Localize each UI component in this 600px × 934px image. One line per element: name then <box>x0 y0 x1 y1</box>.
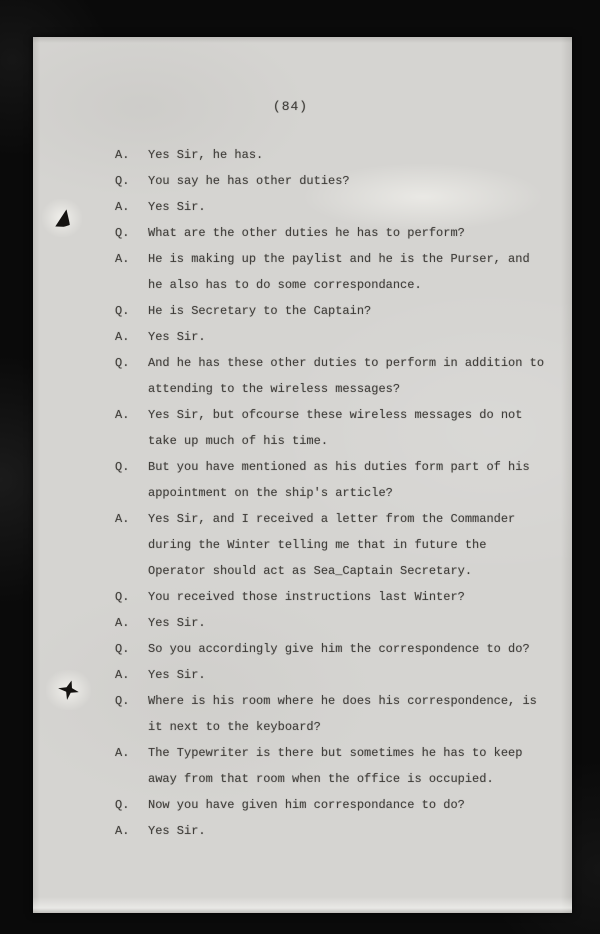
qa-line-text: away from that room when the office is o… <box>148 766 562 792</box>
qa-speaker-label <box>115 272 148 298</box>
qa-row: attending to the wireless messages? <box>115 376 562 402</box>
ink-blot-star-mark <box>58 680 79 700</box>
qa-speaker-label <box>115 480 148 506</box>
qa-row: Q. You say he has other duties? <box>115 168 562 194</box>
qa-row: he also has to do some correspondance. <box>115 272 562 298</box>
qa-line-text: So you accordingly give him the correspo… <box>148 636 562 662</box>
page-number: (84) <box>33 99 548 114</box>
qa-line-text: You say he has other duties? <box>148 168 562 194</box>
qa-row: Q. Now you have given him correspondance… <box>115 792 562 818</box>
qa-line-text: Yes Sir. <box>148 194 562 220</box>
qa-row: Q. What are the other duties he has to p… <box>115 220 562 246</box>
qa-row: A. Yes Sir, and I received a letter from… <box>115 506 562 532</box>
qa-line-text: attending to the wireless messages? <box>148 376 562 402</box>
qa-speaker-label: Q. <box>115 792 148 818</box>
qa-line-text: You received those instructions last Win… <box>148 584 562 610</box>
qa-speaker-label: Q. <box>115 168 148 194</box>
qa-speaker-label: Q. <box>115 454 148 480</box>
qa-row: take up much of his time. <box>115 428 562 454</box>
qa-speaker-label <box>115 766 148 792</box>
qa-speaker-label: Q. <box>115 584 148 610</box>
qa-row: Q. So you accordingly give him the corre… <box>115 636 562 662</box>
qa-speaker-label: A. <box>115 506 148 532</box>
qa-speaker-label <box>115 714 148 740</box>
qa-speaker-label: A. <box>115 740 148 766</box>
qa-line-text: Where is his room where he does his corr… <box>148 688 562 714</box>
qa-line-text: Yes Sir, he has. <box>148 142 562 168</box>
qa-speaker-label: A. <box>115 246 148 272</box>
qa-transcript: A. Yes Sir, he has. Q. You say he has ot… <box>115 142 562 844</box>
qa-line-text: Operator should act as Sea_Captain Secre… <box>148 558 562 584</box>
qa-line-text: Yes Sir, and I received a letter from th… <box>148 506 562 532</box>
qa-row: A. He is making up the paylist and he is… <box>115 246 562 272</box>
qa-line-text: Yes Sir. <box>148 610 562 636</box>
qa-line-text: He is making up the paylist and he is th… <box>148 246 562 272</box>
qa-row: Operator should act as Sea_Captain Secre… <box>115 558 562 584</box>
qa-speaker-label: Q. <box>115 220 148 246</box>
qa-row: A. Yes Sir. <box>115 324 562 350</box>
qa-line-text: Yes Sir. <box>148 324 562 350</box>
scanned-page: (84) A. Yes Sir, he has. Q. You say he h… <box>33 37 572 913</box>
qa-line-text: take up much of his time. <box>148 428 562 454</box>
qa-speaker-label: Q. <box>115 298 148 324</box>
qa-row: A. Yes Sir, but ofcourse these wireless … <box>115 402 562 428</box>
qa-row: A. Yes Sir. <box>115 818 562 844</box>
qa-row: A. Yes Sir. <box>115 194 562 220</box>
qa-row: Q. You received those instructions last … <box>115 584 562 610</box>
qa-line-text: What are the other duties he has to perf… <box>148 220 562 246</box>
qa-row: A. The Typewriter is there but sometimes… <box>115 740 562 766</box>
qa-speaker-label: A. <box>115 402 148 428</box>
qa-line-text: But you have mentioned as his duties for… <box>148 454 562 480</box>
qa-line-text: during the Winter telling me that in fut… <box>148 532 562 558</box>
qa-line-text: it next to the keyboard? <box>148 714 562 740</box>
qa-speaker-label <box>115 558 148 584</box>
qa-line-text: Yes Sir, but ofcourse these wireless mes… <box>148 402 562 428</box>
qa-row: it next to the keyboard? <box>115 714 562 740</box>
qa-speaker-label: A. <box>115 818 148 844</box>
qa-speaker-label: A. <box>115 324 148 350</box>
qa-row: Q. He is Secretary to the Captain? <box>115 298 562 324</box>
qa-line-text: he also has to do some correspondance. <box>148 272 562 298</box>
qa-row: Q. And he has these other duties to perf… <box>115 350 562 376</box>
qa-row: away from that room when the office is o… <box>115 766 562 792</box>
scan-background: { "document": { "page_number": "(84)", "… <box>0 0 600 934</box>
qa-row: during the Winter telling me that in fut… <box>115 532 562 558</box>
qa-speaker-label <box>115 428 148 454</box>
qa-speaker-label: Q. <box>115 636 148 662</box>
qa-row: A. Yes Sir, he has. <box>115 142 562 168</box>
qa-row: appointment on the ship's article? <box>115 480 562 506</box>
qa-row: A. Yes Sir. <box>115 610 562 636</box>
qa-row: Q. But you have mentioned as his duties … <box>115 454 562 480</box>
qa-line-text: Yes Sir. <box>148 662 562 688</box>
qa-line-text: appointment on the ship's article? <box>148 480 562 506</box>
qa-line-text: He is Secretary to the Captain? <box>148 298 562 324</box>
qa-line-text: And he has these other duties to perform… <box>148 350 562 376</box>
qa-line-text: The Typewriter is there but sometimes he… <box>148 740 562 766</box>
qa-line-text: Yes Sir. <box>148 818 562 844</box>
qa-speaker-label: Q. <box>115 350 148 376</box>
torn-hole-triangle-mark <box>54 209 70 227</box>
qa-row: A. Yes Sir. <box>115 662 562 688</box>
qa-speaker-label: A. <box>115 662 148 688</box>
qa-speaker-label <box>115 376 148 402</box>
qa-row: Q. Where is his room where he does his c… <box>115 688 562 714</box>
qa-speaker-label <box>115 532 148 558</box>
qa-speaker-label: Q. <box>115 688 148 714</box>
qa-speaker-label: A. <box>115 610 148 636</box>
qa-speaker-label: A. <box>115 194 148 220</box>
qa-line-text: Now you have given him correspondance to… <box>148 792 562 818</box>
qa-speaker-label: A. <box>115 142 148 168</box>
